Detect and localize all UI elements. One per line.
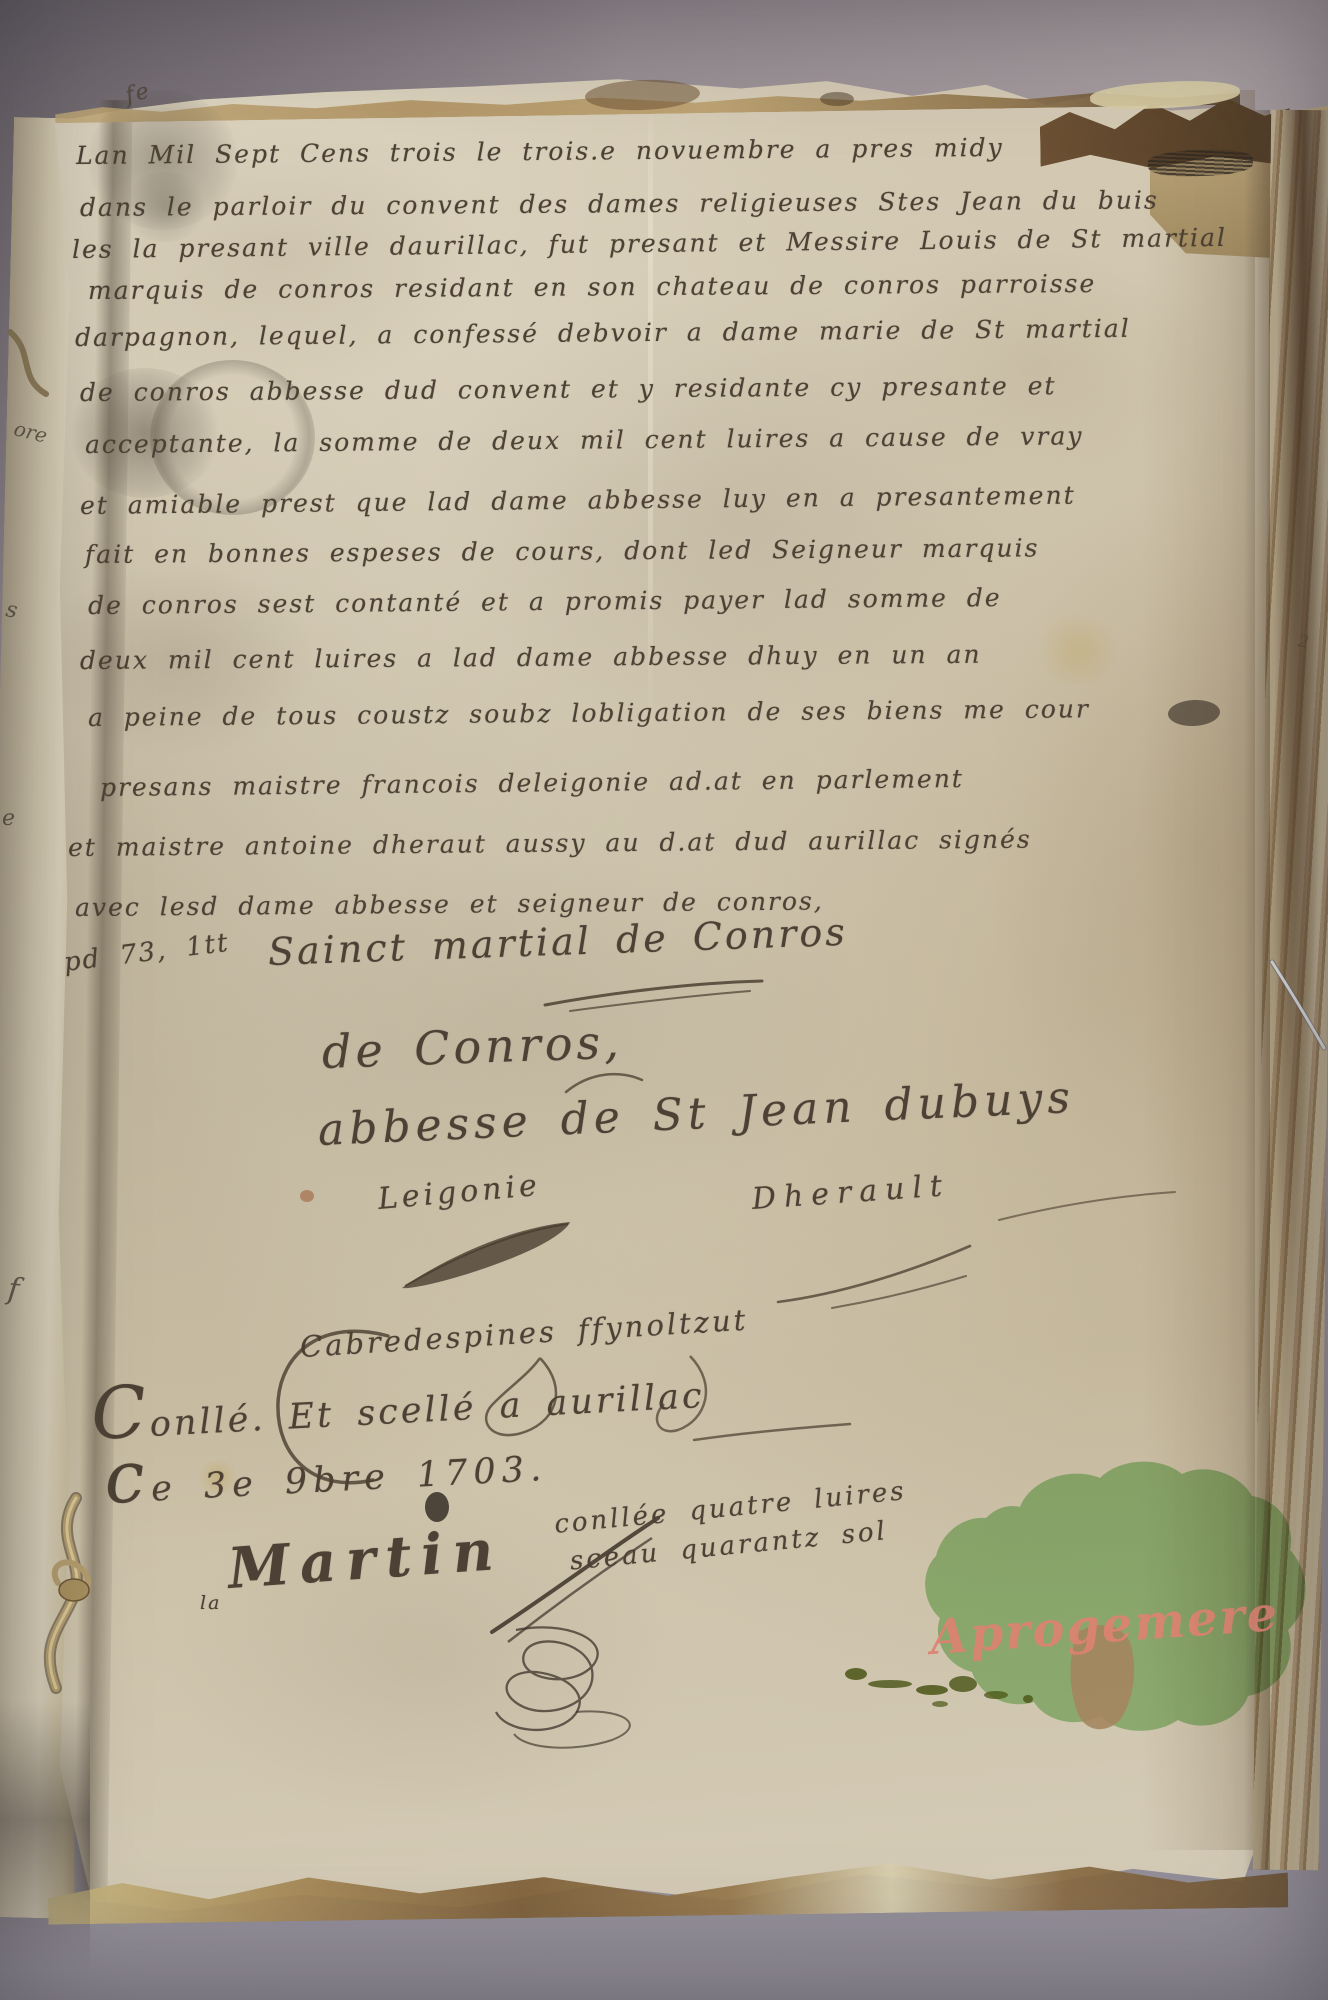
top-edge-stain — [820, 92, 854, 106]
yellow-stain — [1030, 615, 1125, 685]
clerk-prefix: la — [200, 1592, 221, 1614]
signature-underline-flourish — [540, 975, 770, 1015]
signature-flourish-witness2 — [770, 1238, 980, 1323]
gutter-fragment: e — [2, 806, 15, 831]
rust-spot — [300, 1190, 314, 1202]
binding-cord-icon — [28, 1488, 123, 1703]
bottom-left-shadow — [0, 1700, 90, 2000]
registration-dash — [690, 1420, 855, 1446]
signature-flourish-witness1 — [390, 1210, 580, 1300]
archival-manuscript-photo: ore s e f 2 fe Lan Mil Sept Cens trois l… — [0, 0, 1328, 2000]
loose-thread-icon — [1268, 958, 1328, 1053]
signature-tail-witness2 — [995, 1188, 1180, 1228]
binding-stitch-icon — [0, 322, 70, 408]
